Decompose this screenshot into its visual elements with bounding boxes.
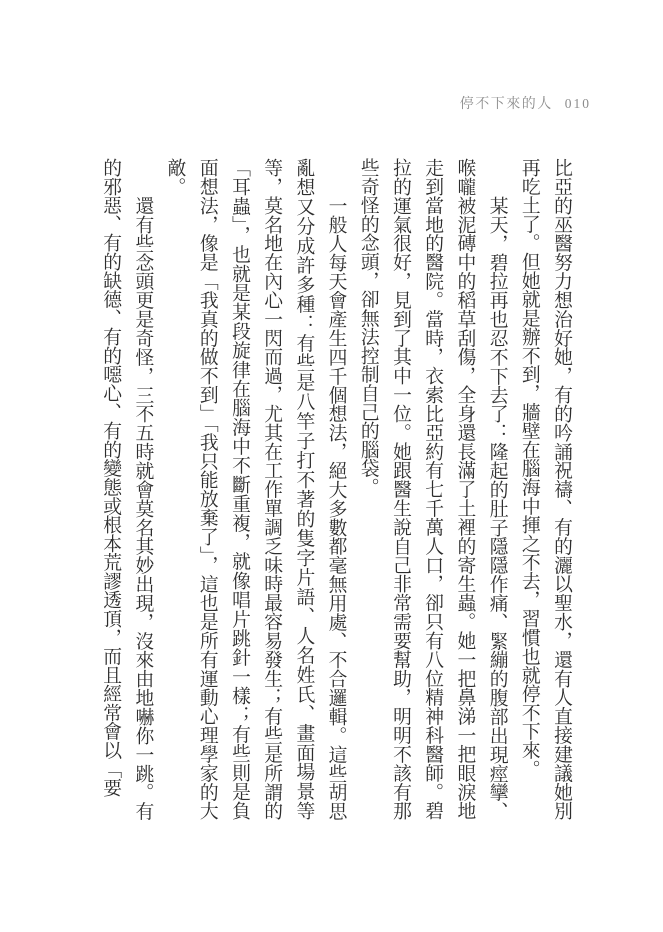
paragraph: 某天，碧拉再也忍不下去了：隆起的肚子隱隱作痛、緊繃的腹部出現痙攣、喉嚨被泥磚中的… (352, 158, 513, 820)
book-page: 停不下來的人 010 比亞的巫醫努力想治好她，有的吟誦祝禱、有的灑以聖水，還有人… (0, 0, 663, 932)
running-head-book-title: 停不下來的人 (460, 93, 553, 113)
running-head: 停不下來的人 010 (460, 93, 591, 113)
paragraph: 一般人每天會產生四千個想法，絕大多數都毫無用處、不合邏輯。這些胡思亂想又分成許多… (158, 158, 351, 820)
paragraph: 還有些念頭更是奇怪，三不五時就會莫名其妙出現，沒來由地嚇你一跳。有的邪惡、有的缺… (94, 158, 158, 820)
page-number: 010 (565, 96, 591, 112)
vertical-text-block: 比亞的巫醫努力想治好她，有的吟誦祝禱、有的灑以聖水，還有人直接建議她別再吃土了。… (93, 158, 577, 820)
paragraph: 比亞的巫醫努力想治好她，有的吟誦祝禱、有的灑以聖水，還有人直接建議她別再吃土了。… (513, 158, 577, 820)
